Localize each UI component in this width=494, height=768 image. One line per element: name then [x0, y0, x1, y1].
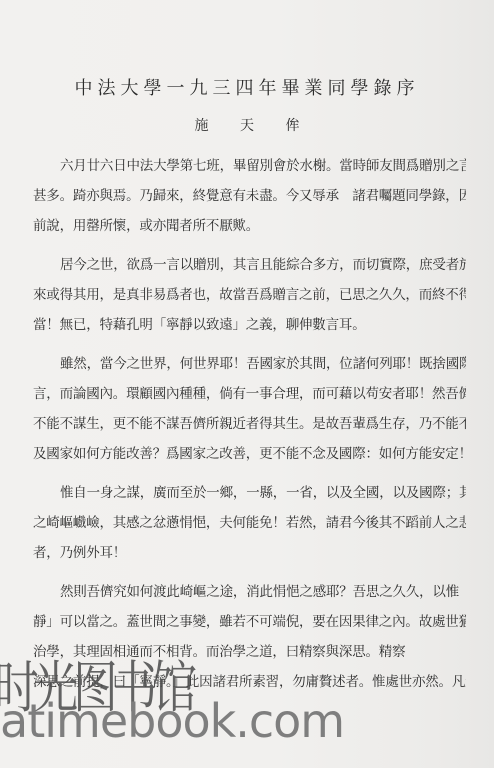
text-line: 者，乃例外耳！	[33, 538, 466, 568]
text-line: 雖然，當今之世界，何世界耶！吾國家於其間，位諸何列耶！既捨國際不	[33, 349, 466, 379]
document-author: 施 天 侔	[0, 115, 494, 135]
document-title: 中法大學一九三四年畢業同學錄序	[0, 74, 494, 100]
text-line: 惟自一身之謀，廣而至於一鄉，一縣，一省，以及全國，以及國際；其途	[33, 478, 466, 508]
text-line: 靜」可以當之。蓋世間之事變，雖若不可端倪，要在因果律之內。故處世猶	[33, 607, 466, 637]
text-line: 然則吾儕究如何渡此崎嶇之途，消此悁悒之感耶？吾思之久久，以惟「寧	[33, 577, 466, 607]
text-line: 治學，其理固相通而不相背。而治學之道，曰精察與深思。精察	[33, 637, 466, 667]
text-line: 來或得其用，是真非易爲者也，故當吾爲贈言之前，已思之久久，而終不得	[33, 280, 466, 310]
document-body: 六月廿六日中法大學第七班，畢留別會於水榭。當時師友間爲贈別之言者甚多。踦亦與焉。…	[33, 151, 466, 697]
text-line: 甚多。踦亦與焉。乃歸來，終覺意有未盡。今又辱承 諸君囑題同學錄，因賡	[33, 181, 466, 211]
watermark-site-url: atimebook.com	[0, 694, 344, 748]
text-line: 居今之世，欲爲一言以贈別，其言且能綜合多方，而切實際，庶受者於將	[33, 250, 466, 280]
text-line: 前說，用罄所懷，或亦聞者所不厭歟。	[33, 211, 466, 241]
text-line: 言，而論國內。環顧國內種種，倘有一事合理，而可藉以苟安者耶！然吾儕因	[33, 379, 466, 409]
paragraph-2: 居今之世，欲爲一言以贈別，其言且能綜合多方，而切實際，庶受者於將來或得其用，是真…	[33, 250, 466, 340]
scanned-document-page: 中法大學一九三四年畢業同學錄序 施 天 侔 六月廿六日中法大學第七班，畢留別會於…	[0, 0, 494, 768]
text-line: 六月廿六日中法大學第七班，畢留別會於水榭。當時師友間爲贈別之言者	[33, 151, 466, 181]
text-line: 當！無已，特藉孔明「寧靜以致遠」之義，聊伸數言耳。	[33, 310, 466, 340]
paragraph-3: 雖然，當今之世界，何世界耶！吾國家於其間，位諸何列耶！既捨國際不言，而論國內。環…	[33, 349, 466, 469]
text-line: 之崎嶇巇嶮，其感之忿懣悁悒，夫何能免！若然，請君今後其不蹈前人之悲運	[33, 508, 466, 538]
text-line: 及國家如何方能改善？爲國家之改善，更不能不念及國際：如何方能安定！	[33, 439, 466, 469]
paragraph-1: 六月廿六日中法大學第七班，畢留別會於水榭。當時師友間爲贈別之言者甚多。踦亦與焉。…	[33, 151, 466, 241]
paragraph-5: 然則吾儕究如何渡此崎嶇之途，消此悁悒之感耶？吾思之久久，以惟「寧靜」可以當之。蓋…	[33, 577, 466, 697]
text-line: 深思之前提，曰「寧靜。」此因諸君所素習，勿庸贅述者。惟處世亦然。凡遇	[33, 667, 466, 697]
text-line: 不能不謀生，更不能不謀吾儕所親近者得其生。是故吾輩爲生存，乃不能不念	[33, 409, 466, 439]
paragraph-4: 惟自一身之謀，廣而至於一鄉，一縣，一省，以及全國，以及國際；其途之崎嶇巇嶮，其感…	[33, 478, 466, 568]
